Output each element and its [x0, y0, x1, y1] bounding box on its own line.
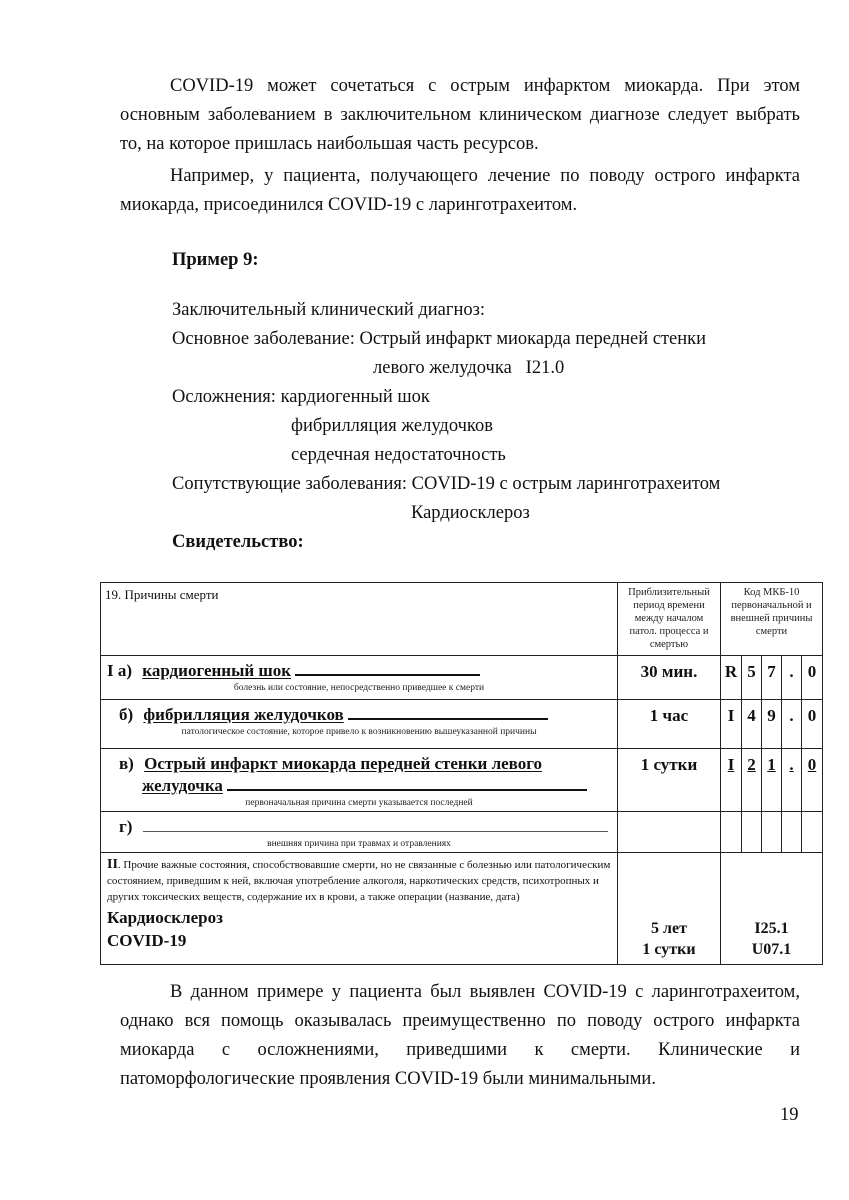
- code-cell: .: [782, 749, 802, 812]
- table-row: в) Острый инфаркт миокарда передней стен…: [101, 749, 823, 812]
- part2-item: Кардиосклероз: [107, 907, 611, 928]
- part2-code: U07.1: [721, 939, 822, 960]
- code-cell: R: [721, 656, 742, 700]
- fill-line: [227, 775, 587, 791]
- cause-hint: первоначальная причина смерти указываетс…: [107, 797, 611, 809]
- cause-label: в): [119, 753, 134, 775]
- header-code: Код МКБ-10 первоначальной и внешней прич…: [721, 583, 823, 656]
- main-disease-label: Основное заболевание:: [172, 329, 355, 349]
- code-cell: I: [721, 700, 742, 749]
- main-disease-line1: Острый инфаркт миокарда передней стенки: [360, 329, 707, 349]
- intro-paragraph-1-text: COVID-19 может сочетаться с острым инфар…: [120, 76, 800, 154]
- conclusion-text: В данном примере у пациента был выявлен …: [120, 982, 800, 1089]
- period-cell: 1 час: [618, 700, 721, 749]
- diagnosis-heading: Заключительный клинический диагноз:: [172, 298, 485, 322]
- code-cell: 1: [762, 749, 782, 812]
- code-cell: 7: [762, 656, 782, 700]
- code-cell: [802, 812, 823, 853]
- death-certificate-table: 19. Причины смерти Приблизительный перио…: [100, 582, 823, 965]
- period-cell: [618, 812, 721, 853]
- code-char: 1: [767, 755, 776, 774]
- conclusion-paragraph: В данном примере у пациента был выявлен …: [120, 978, 800, 1094]
- code-cell: .: [782, 700, 802, 749]
- complication-item: кардиогенный шок: [281, 387, 430, 407]
- part2-period: 5 лет: [618, 918, 720, 939]
- part2-item: COVID-19: [107, 930, 611, 951]
- code-cell: 0: [802, 749, 823, 812]
- cause-cell: I а) кардиогенный шок болезнь или состоя…: [101, 656, 618, 700]
- cause-label: I а): [107, 660, 132, 682]
- table-header-row: 19. Причины смерти Приблизительный перио…: [101, 583, 823, 656]
- code-cell: 9: [762, 700, 782, 749]
- concomitant-item: COVID-19 с острым ларинготрахеитом: [412, 474, 721, 494]
- code-char: I: [728, 755, 735, 774]
- code-cell: I: [721, 749, 742, 812]
- period-cell: 1 сутки: [618, 749, 721, 812]
- table-row: б) фибрилляция желудочков патологическое…: [101, 700, 823, 749]
- part2-code: I25.1: [721, 918, 822, 939]
- cause-text: Острый инфаркт миокарда передней стенки …: [144, 754, 542, 773]
- part2-roman: II: [107, 857, 118, 872]
- table-row: I а) кардиогенный шок болезнь или состоя…: [101, 656, 823, 700]
- complications-label: Осложнения:: [172, 387, 276, 407]
- cause-cell: г) внешняя причина при травмах и отравле…: [101, 812, 618, 853]
- cause-cell: в) Острый инфаркт миокарда передней стен…: [101, 749, 618, 812]
- intro-paragraph-1: COVID-19 может сочетаться с острым инфар…: [120, 72, 800, 159]
- part2-description-text: . Прочие важные состояния, способствовав…: [107, 859, 610, 903]
- complication-item: сердечная недостаточность: [291, 443, 506, 467]
- header-period: Приблизительный период времени между нач…: [618, 583, 721, 656]
- part2-cell: II. Прочие важные состояния, способствов…: [101, 853, 618, 965]
- code-cell: 0: [802, 700, 823, 749]
- header-causes: 19. Причины смерти: [101, 583, 618, 656]
- cause-cell: б) фибрилляция желудочков патологическое…: [101, 700, 618, 749]
- period-cell: 30 мин.: [618, 656, 721, 700]
- code-char: 0: [808, 755, 817, 774]
- code-cell: [742, 812, 762, 853]
- certificate-heading: Свидетельство:: [172, 530, 304, 554]
- code-cell: [762, 812, 782, 853]
- main-disease-line2: левого желудочка I21.0: [373, 356, 564, 380]
- code-char: .: [789, 755, 793, 774]
- main-disease: Основное заболевание: Острый инфаркт мио…: [172, 327, 706, 351]
- fill-line: [348, 704, 548, 720]
- page-number: 19: [780, 1105, 799, 1126]
- code-cell: 5: [742, 656, 762, 700]
- complication-item: фибрилляция желудочков: [291, 414, 493, 438]
- cause-text-continued: желудочка: [142, 776, 223, 795]
- code-char: 2: [747, 755, 756, 774]
- part2-period: 1 сутки: [618, 939, 720, 960]
- cause-hint: внешняя причина при травмах и отравления…: [107, 838, 611, 850]
- example-title: Пример 9:: [172, 248, 258, 272]
- intro-paragraph-2: Например, у пациента, получающего лечени…: [120, 162, 800, 220]
- part2-code-cell: I25.1 U07.1: [721, 853, 823, 965]
- table-row-part2: II. Прочие важные состояния, способствов…: [101, 853, 823, 965]
- complications: Осложнения: кардиогенный шок: [172, 385, 430, 409]
- intro-paragraph-2-text: Например, у пациента, получающего лечени…: [120, 166, 800, 215]
- concomitant: Сопутствующие заболевания: COVID-19 с ос…: [172, 472, 720, 496]
- fill-line: [295, 660, 480, 676]
- cause-text: фибрилляция желудочков: [143, 705, 343, 724]
- concomitant-label: Сопутствующие заболевания:: [172, 474, 407, 494]
- code-cell: 2: [742, 749, 762, 812]
- concomitant-item: Кардиосклероз: [411, 501, 530, 525]
- cause-hint: патологическое состояние, которое привел…: [107, 726, 611, 738]
- fill-line: [143, 817, 608, 832]
- cause-label: б): [119, 704, 133, 726]
- code-cell: .: [782, 656, 802, 700]
- part2-description: II. Прочие важные состояния, способствов…: [107, 857, 611, 905]
- code-cell: [782, 812, 802, 853]
- cause-text: кардиогенный шок: [142, 661, 291, 680]
- code-cell: 0: [802, 656, 823, 700]
- part2-period-cell: 5 лет 1 сутки: [618, 853, 721, 965]
- table-row: г) внешняя причина при травмах и отравле…: [101, 812, 823, 853]
- cause-label: г): [119, 816, 132, 838]
- cause-hint: болезнь или состояние, непосредственно п…: [107, 682, 611, 694]
- code-cell: [721, 812, 742, 853]
- code-cell: 4: [742, 700, 762, 749]
